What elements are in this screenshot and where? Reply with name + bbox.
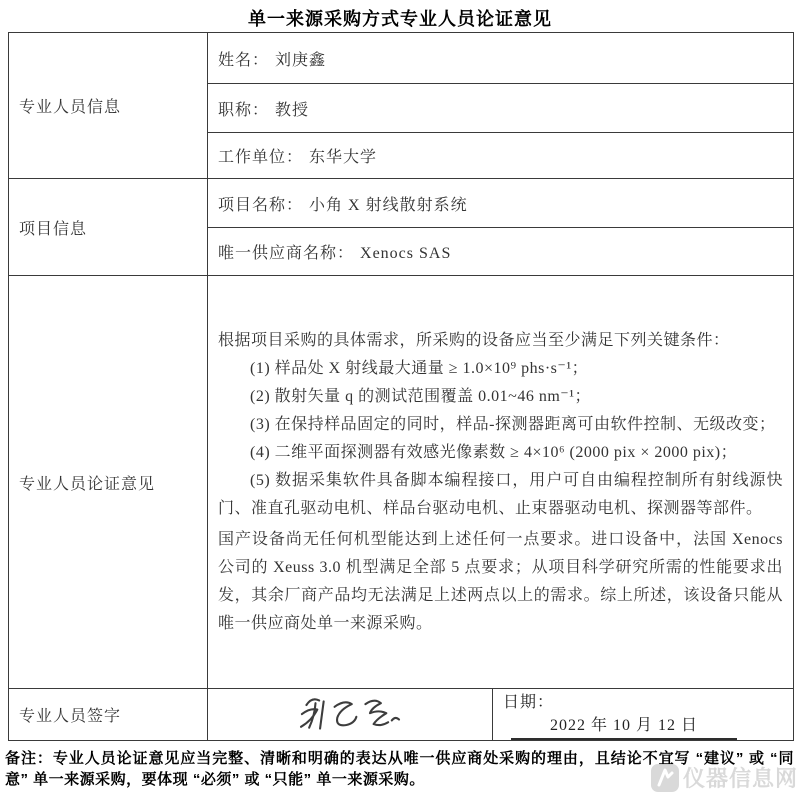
supplier-value: Xenocs SAS <box>360 245 451 262</box>
page-title: 单一来源采购方式专业人员论证意见 <box>0 0 800 32</box>
opinion-conclusion: 国产设备尚无任何机型能达到上述任何一点要求。进口设备中，法国 Xenocs 公司… <box>218 526 783 638</box>
form-table: 专业人员信息 姓名：刘庚鑫 职称：教授 工作单位：东华大学 项目信息 项目名称：… <box>8 32 794 741</box>
opinion-condition-3: (3) 在保持样品固定的同时，样品-探测器距离可由软件控制、无级改变； <box>218 411 783 439</box>
section-label-opinion: 专业人员论证意见 <box>9 276 208 689</box>
field-project-name: 项目名称：小角 X 射线散射系统 <box>208 179 794 228</box>
section-label-project: 项目信息 <box>9 179 208 276</box>
opinion-text-cell: 根据项目采购的具体需求，所采购的设备应当至少满足下列关键条件： (1) 样品处 … <box>208 276 794 689</box>
field-job-title: 职称：教授 <box>208 84 794 133</box>
opinion-condition-1: (1) 样品处 X 射线最大通量 ≥ 1.0×10⁹ phs·s⁻¹； <box>218 355 783 383</box>
project-name-label: 项目名称： <box>218 197 303 214</box>
job-title-value: 教授 <box>275 102 309 119</box>
signature-cell <box>208 689 493 741</box>
section-label-personnel: 专业人员信息 <box>9 33 208 179</box>
employer-label: 工作单位： <box>218 149 303 166</box>
table-row: 专业人员信息 姓名：刘庚鑫 <box>9 33 794 84</box>
date-value: 2022 年 10 月 12 日 <box>511 712 737 740</box>
field-supplier: 唯一供应商名称：Xenocs SAS <box>208 228 794 276</box>
date-cell: 日期：2022 年 10 月 12 日 <box>493 689 794 741</box>
section-label-signature: 专业人员签字 <box>9 689 208 741</box>
opinion-paragraph: 根据项目采购的具体需求，所采购的设备应当至少满足下列关键条件： <box>218 327 783 355</box>
date-label: 日期： <box>503 694 554 711</box>
table-row: 专业人员签字 日期：2022 年 10 月 12 日 <box>9 689 794 741</box>
opinion-condition-2: (2) 散射矢量 q 的测试范围覆盖 0.01~46 nm⁻¹； <box>218 383 783 411</box>
name-value: 刘庚鑫 <box>275 52 326 69</box>
field-name: 姓名：刘庚鑫 <box>208 33 794 84</box>
job-title-label: 职称： <box>218 102 269 119</box>
footer-note: 备注：专业人员论证意见应当完整、清晰和明确的表达从唯一供应商处采购的理由，且结论… <box>5 748 794 790</box>
employer-value: 东华大学 <box>309 149 377 166</box>
document-page: 单一来源采购方式专业人员论证意见 专业人员信息 姓名：刘庚鑫 职称：教授 工作单… <box>0 0 800 798</box>
name-label: 姓名： <box>218 52 269 69</box>
opinion-condition-5: (5) 数据采集软件具备脚本编程接口，用户可自由编程控制所有射线源快门、准直孔驱… <box>218 467 783 523</box>
opinion-condition-4: (4) 二维平面探测器有效感光像素数 ≥ 4×10⁶ (2000 pix × 2… <box>218 439 783 467</box>
project-name-value: 小角 X 射线散射系统 <box>309 197 468 214</box>
supplier-label: 唯一供应商名称： <box>218 245 354 262</box>
handwritten-signature-icon <box>291 694 409 736</box>
table-row: 项目信息 项目名称：小角 X 射线散射系统 <box>9 179 794 228</box>
field-employer: 工作单位：东华大学 <box>208 133 794 179</box>
table-row: 专业人员论证意见 根据项目采购的具体需求，所采购的设备应当至少满足下列关键条件：… <box>9 276 794 689</box>
